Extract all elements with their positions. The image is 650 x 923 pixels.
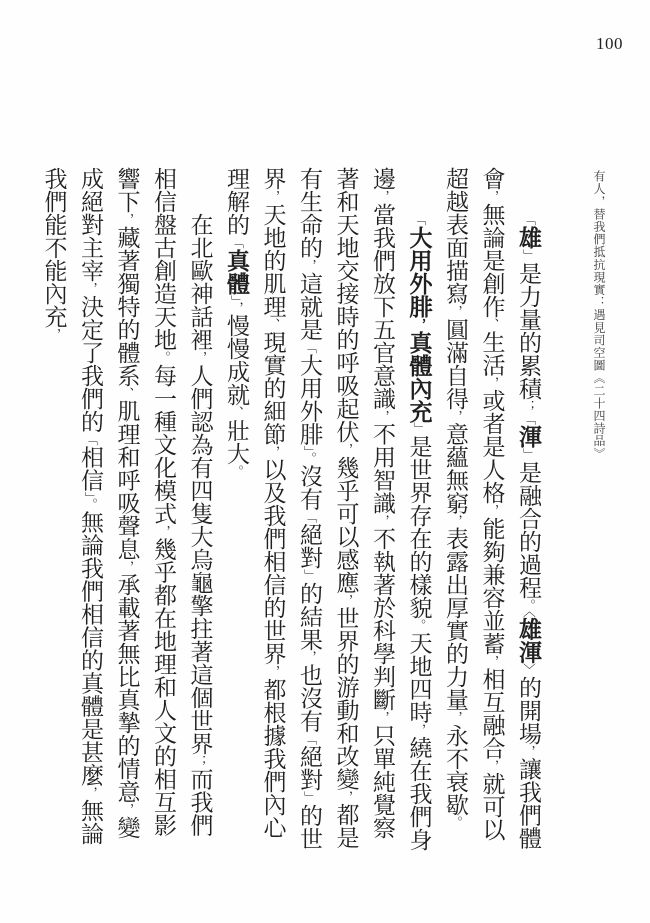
paragraph-1: 「雄」是力量的累積；「渾」是融合的過程。〈雄渾〉的開場，讓我們體會，無論是創作、… [437,167,547,859]
text-run: 不執著於科學判斷 [370,527,395,711]
punctuation-run: 」。 [83,491,97,510]
punctuation-run: 。 [156,351,170,364]
text-run: 沒有 [297,464,322,510]
text-run: 也沒有 [297,663,322,732]
punctuation-run: 」 [302,791,316,804]
punctuation-run: ， [375,410,389,423]
text-run: 大用外腓 [297,353,322,445]
text-run: 雄渾 [516,617,541,663]
text-run: 是融合的過程 [516,460,541,598]
punctuation-run: ， [266,190,280,203]
paragraph-3: 在北歐神話裡，人們認為有四隻大烏龜擎拄著這個世界；而我們相信盤古創造天地。每一種… [35,167,218,859]
punctuation-run: ， [375,711,389,724]
paragraph-2: 「大用外腓，真體內充」是世界存在的樣貌。天地四時，繞在我們身邊，當我們放下五官意… [218,167,437,859]
punctuation-run: ， [120,213,134,226]
text-run: 表露出厚實的力量 [443,527,468,711]
punctuation-run: ， [47,328,61,341]
text-run: 能夠兼容並蓄 [480,517,505,655]
punctuation-run: 」， [229,295,243,314]
punctuation-run: 」 [412,422,426,435]
text-run: 慢慢成就 [224,314,249,406]
punctuation-run: 「 [302,341,316,354]
punctuation-run: 「 [229,236,243,249]
text-run: 決定了我們的 [78,295,103,433]
text-run: 壯大 [224,418,249,464]
text-run: 肌理和呼吸聲息 [115,399,140,560]
punctuation-run: 「 [412,213,426,226]
text-run: 絕對 [297,523,322,569]
punctuation-run: ， [120,803,134,816]
punctuation-run: 」。 [302,445,316,464]
punctuation-run: ， [266,445,280,458]
punctuation-run: ， [339,594,353,607]
punctuation-run: 、 [266,318,280,331]
punctuation-run: ， [412,724,426,737]
segment: 在北歐神話裡，人們認為有四隻大烏龜擎拄著這個世界；而我們相信盤古創造天地。每一種… [42,167,213,845]
text-run: 藏著獨特的體系 [115,226,140,387]
punctuation-run: ， [448,711,462,724]
punctuation-run: ， [302,651,316,664]
running-header: 有人，替我們抵抗現實：遇見司空圖《二十四詩品》 [591,170,608,730]
text-run: 真體內充 [407,330,432,422]
punctuation-run: ， [448,410,462,423]
punctuation-run: ， [83,282,97,295]
punctuation-run: ， [412,318,426,331]
segment: 」是世界存在的樣貌。天地四時，繞在我們身邊，當我們放下五官意識，不用智識，不執著… [224,167,432,851]
punctuation-run: 〉 [521,663,535,676]
emphasis-run: 大用外腓，真體內充 [407,226,432,423]
text-run: 是世界存在的樣貌 [407,435,432,619]
punctuation-run: 。〈 [521,598,535,617]
punctuation-run: ， [521,745,535,758]
text-run: 相信 [78,445,103,491]
punctuation-run: ， [339,443,353,456]
text-run: 承載著無比真摯的情意 [115,573,140,803]
text-run: 的開場 [516,676,541,745]
punctuation-run: ， [339,790,353,803]
text-run: 大用外腓 [407,226,432,318]
emphasis-run: 雄 [516,226,541,249]
punctuation-run: ， [302,259,316,272]
punctuation-run: ， [485,759,499,772]
text-run: 幾乎可以感應 [334,456,359,594]
text-run: 永不衰歇 [443,724,468,816]
main-text: 「雄」是力量的累積；「渾」是融合的過程。〈雄渾〉的開場，讓我們體會，無論是創作、… [35,167,546,859]
punctuation-run: ， [375,190,389,203]
emphasis-run: 雄渾 [516,617,541,663]
text-run: 現實的細節 [261,330,286,445]
text-run: 以及我們相信的世界 [261,458,286,665]
punctuation-run: 、 [485,318,499,331]
punctuation-run: 、 [120,387,134,400]
punctuation-run: 。 [229,464,243,477]
punctuation-run: ， [375,514,389,527]
punctuation-run: 。 [448,816,462,829]
segment: 「 [407,213,432,226]
segment: 」是融合的過程。〈 [516,448,541,618]
punctuation-run: 」 [521,448,535,461]
text-run: 當我們放下五官意識 [370,203,395,410]
text-run: 相互融合 [480,667,505,759]
punctuation-run: ， [448,514,462,527]
text-run: 生活 [480,330,505,376]
page-number: 100 [596,34,623,54]
punctuation-run: ， [266,665,280,678]
punctuation-run: 、 [229,406,243,419]
segment: 」，慢慢成就、壯大。 [224,295,249,477]
punctuation-run: ， [193,351,207,364]
punctuation-run: ， [120,560,134,573]
emphasis-run: 渾 [516,425,541,448]
emphasis-run: 真體 [224,249,249,295]
text-run: 這就是 [297,272,322,341]
text-run: 每一種文化模式 [151,364,176,525]
text-run: 是力量的累積 [516,261,541,399]
punctuation-run: 「 [302,732,316,745]
punctuation-run: 「 [302,510,316,523]
punctuation-run: ， [156,525,170,538]
text-run: 意蘊無窮 [443,422,468,514]
segment: 「 [516,213,541,226]
text-run: 圓滿自得 [443,318,468,410]
punctuation-run: ， [485,504,499,517]
text-run: 天地四時 [407,632,432,724]
text-run: 不用智識 [370,422,395,514]
punctuation-run: ， [485,190,499,203]
text-run: 或者是人格 [480,389,505,504]
text-run: 真體 [224,249,249,295]
text-run: 天地的肌理 [261,203,286,318]
text-run: 渾 [516,425,541,448]
text-run: 世界的游動和改變 [334,606,359,790]
punctuation-run: ， [485,376,499,389]
text-run: 絕對 [297,745,322,791]
text-run: 雄 [516,226,541,249]
punctuation-run: 「 [521,213,535,226]
text-run: 無論我們相信的真體是甚麼 [78,510,103,786]
text-run: 在北歐神話裡 [188,213,213,351]
punctuation-run: ， [485,655,499,668]
punctuation-run: 」 [302,569,316,582]
segment: 」是力量的累積；「 [516,249,541,425]
text-run: 的結果 [297,582,322,651]
punctuation-run: ， [448,305,462,318]
punctuation-run: ； [193,755,207,768]
punctuation-run: 「 [83,433,97,446]
punctuation-run: ， [83,786,97,799]
punctuation-run: 。 [412,619,426,632]
punctuation-run: ；「 [521,399,535,424]
text-run: 人們認為有四隻大烏龜擎拄著這個世界 [188,364,213,755]
punctuation-run: 」 [521,249,535,262]
book-page: 100 有人，替我們抵抗現實：遇見司空圖《二十四詩品》 「雄」是力量的累積；「渾… [0,0,650,923]
text-run: 無論是創作 [480,203,505,318]
